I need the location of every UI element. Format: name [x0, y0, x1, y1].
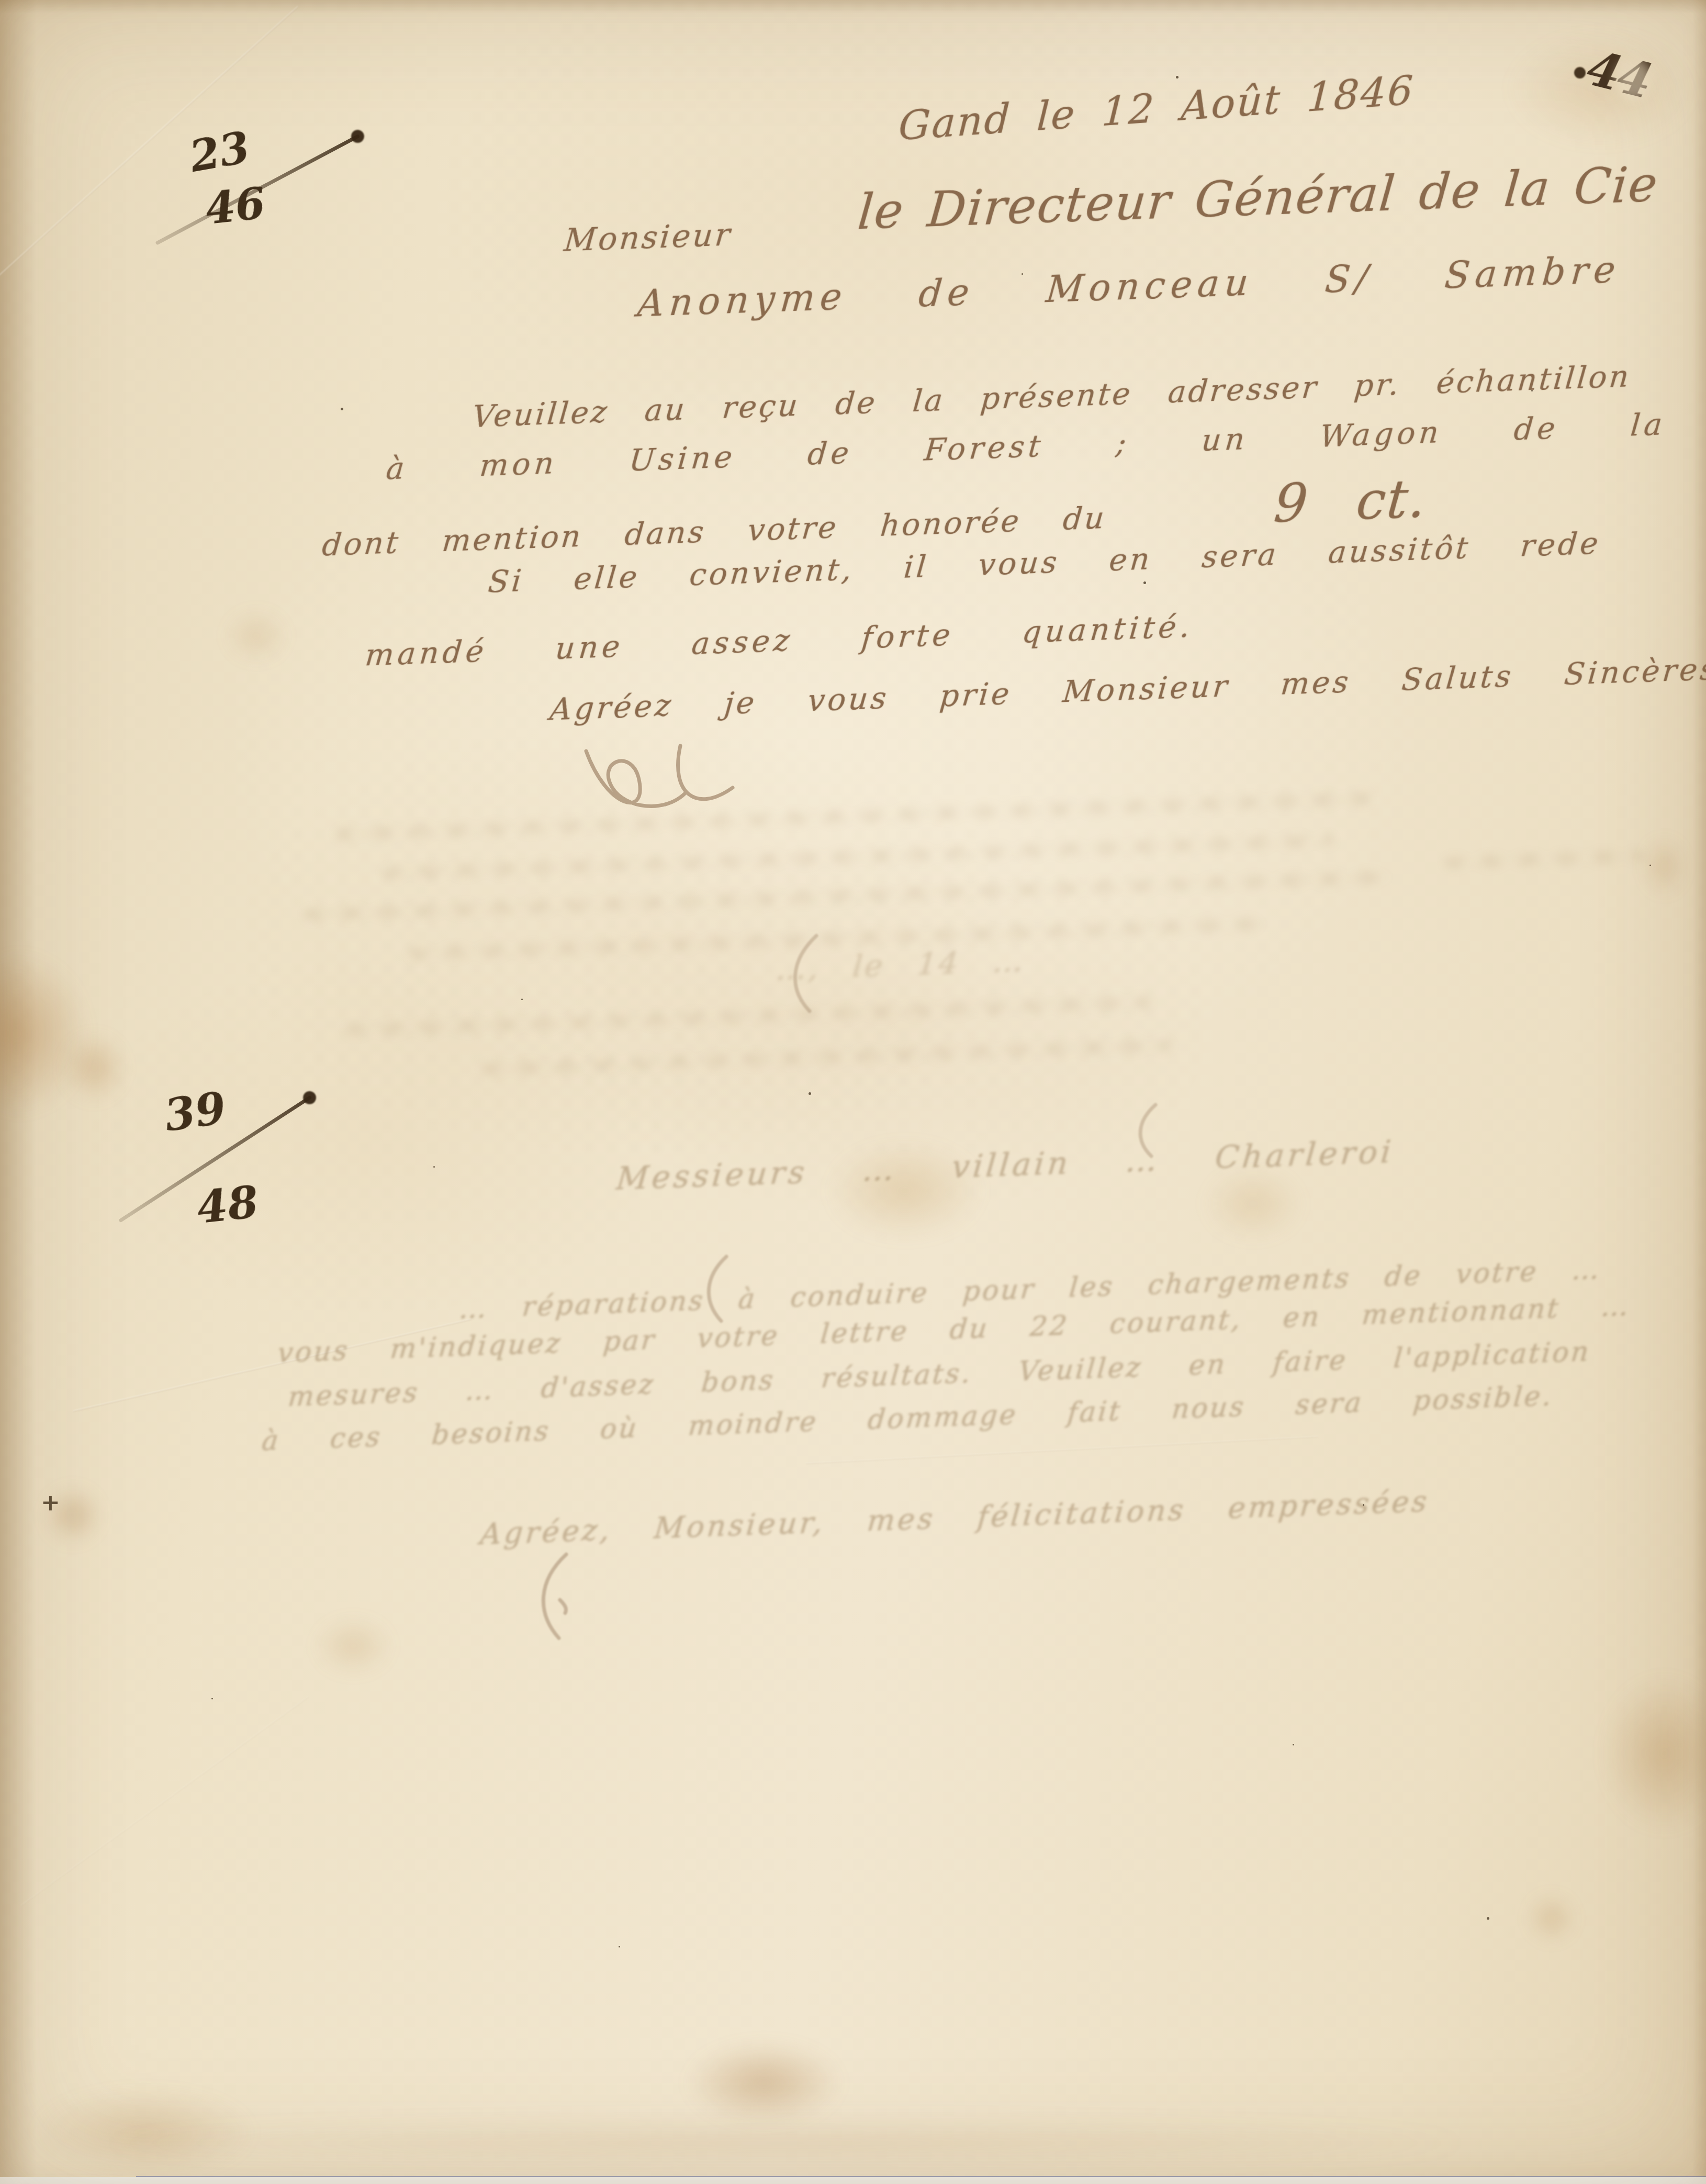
ghost-writing — [345, 996, 1151, 1037]
fraction-mid-denominator: 48 — [195, 1175, 261, 1234]
ink-blot — [1574, 67, 1586, 79]
ink-smudge — [1615, 59, 1652, 100]
right-edge-shadow — [1692, 0, 1706, 2184]
ghost-writing — [304, 871, 1392, 922]
reference-number: 9 ct. — [1272, 468, 1429, 535]
fold-crease — [20, 1696, 309, 1907]
stain — [1643, 837, 1685, 895]
body-line: mandé une assez forte quantité. — [364, 608, 1195, 673]
ghost-writing — [335, 792, 1371, 841]
stain — [1528, 1895, 1575, 1942]
top-edge-shadow — [0, 0, 1706, 14]
paraph-stroke — [529, 1550, 576, 1642]
closing-line: Agréez je vous prie Monsieur mes Saluts … — [548, 651, 1706, 727]
signature-flourish — [573, 727, 751, 827]
faint-closing-line: Agréez, Monsieur, mes félicitations empr… — [479, 1484, 1431, 1552]
ghost-writing — [481, 1039, 1172, 1076]
stain — [105, 2120, 1465, 2167]
fraction-mid-numerator: 39 — [161, 1082, 229, 1141]
plus-mark: + — [41, 1489, 60, 1516]
recipient-line: Anonyme de Monceau S/ Sambre — [636, 248, 1622, 326]
fold-crease — [806, 1436, 1318, 1464]
stain — [1204, 1167, 1303, 1240]
stain — [1601, 1675, 1706, 1832]
fraction-top-numerator: 23 — [186, 122, 253, 182]
stain — [63, 1034, 126, 1102]
stain — [686, 2041, 843, 2125]
fold-crease — [0, 6, 298, 295]
stain — [314, 1617, 392, 1675]
recipient-line: le Directeur Général de la Cie — [856, 156, 1660, 240]
dateline: Gand le 12 Août 1846 — [897, 66, 1416, 149]
recipient-prefix: Monsieur — [563, 217, 734, 259]
ghost-writing — [382, 834, 1334, 880]
scanner-edge-strip — [0, 2177, 1706, 2184]
stain — [225, 610, 288, 662]
faint-dateline: …, le 14 … — [775, 943, 1027, 987]
ink-specks — [0, 0, 2, 2]
ghost-writing — [1444, 849, 1644, 869]
letter-page: 23 46 39 48 44 + Gand le 12 Août 1846 Mo… — [0, 0, 1706, 2184]
